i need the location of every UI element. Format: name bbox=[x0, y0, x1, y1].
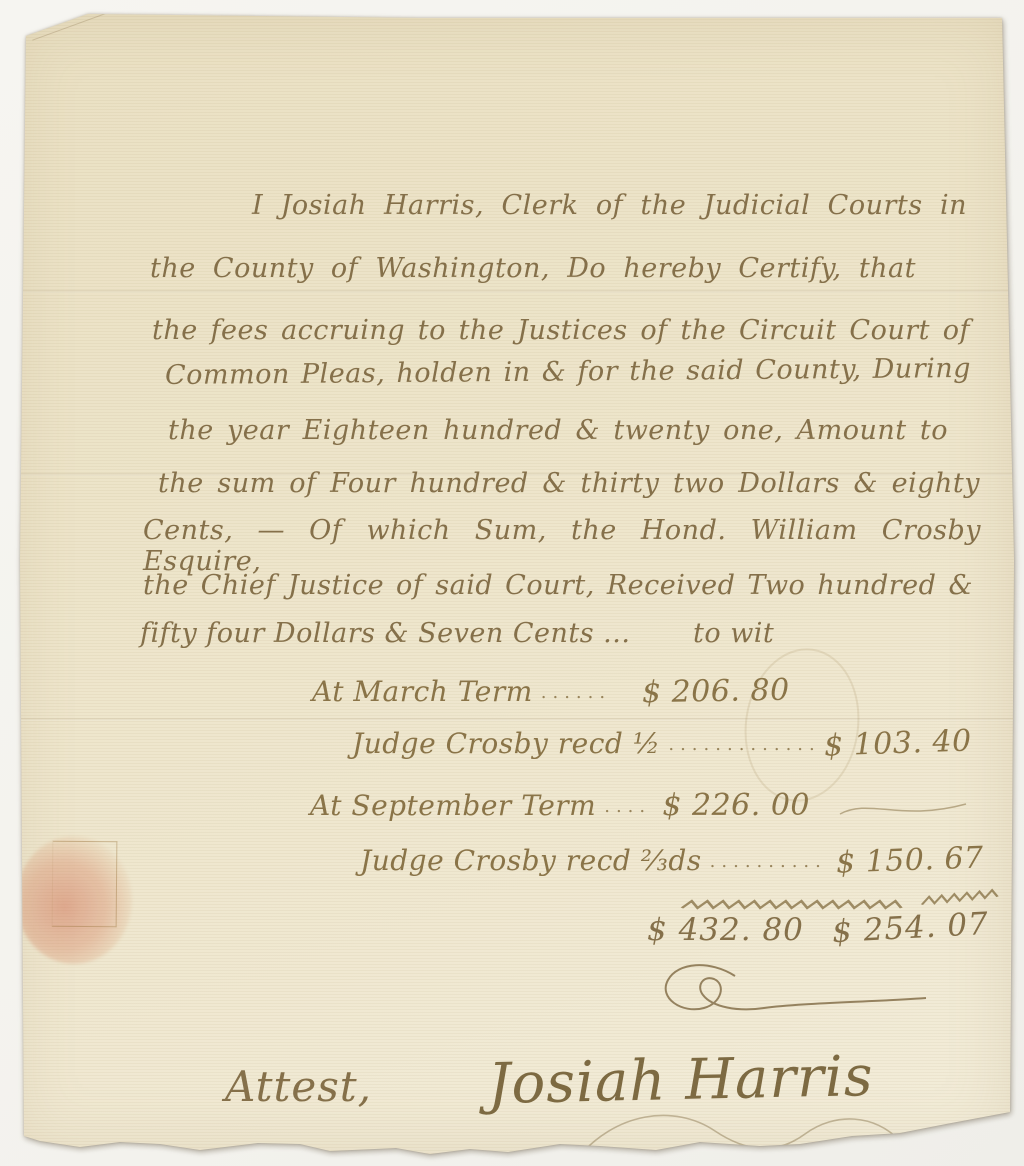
letter-line-2: the County of Washington, Do hereby Cert… bbox=[150, 253, 916, 284]
to-wit-label: to wit bbox=[693, 618, 774, 649]
dotted-leader: ............. bbox=[668, 734, 816, 755]
letter-line-3: the fees accruing to the Justices of the… bbox=[152, 315, 970, 346]
fold-crease bbox=[0, 290, 1024, 293]
schedule-label: At September Term bbox=[310, 789, 596, 822]
schedule-amount: $ 150. 67 bbox=[836, 840, 985, 880]
letter-line-8: the Chief Justice of said Court, Receive… bbox=[143, 570, 973, 601]
attest-label: Attest, bbox=[225, 1062, 372, 1111]
letter-line-1: I Josiah Harris, Clerk of the Judicial C… bbox=[252, 190, 967, 221]
total-amount-first: $ 432. 80 bbox=[647, 912, 804, 948]
letter-line-9: fifty four Dollars & Seven Cents ... bbox=[140, 618, 630, 649]
signature-flourish bbox=[545, 1096, 1005, 1166]
schedule-amount: $ 226. 00 bbox=[662, 788, 810, 823]
pen-tail-flourish bbox=[838, 796, 968, 822]
schedule-label: At March Term bbox=[312, 675, 533, 708]
dotted-leader: ...... bbox=[541, 682, 635, 703]
paper-shadow: I Josiah Harris, Clerk of the Judicial C… bbox=[0, 0, 1024, 1166]
schedule-label: Judge Crosby recd ½ bbox=[352, 727, 660, 760]
seal-impression-outline bbox=[52, 841, 118, 928]
letter-line-7: Cents, — Of which Sum, the Hond. William… bbox=[143, 515, 981, 577]
schedule-row-september: At September Term .... $ 226. 00 bbox=[310, 788, 810, 823]
paraph-flourish bbox=[640, 958, 930, 1023]
dotted-leader: .... bbox=[604, 796, 654, 817]
schedule-amount: $ 206. 80 bbox=[642, 673, 790, 711]
schedule-row-crosby-half: Judge Crosby recd ½ ............. $ 103.… bbox=[352, 726, 972, 761]
document-paper: I Josiah Harris, Clerk of the Judicial C… bbox=[0, 0, 1024, 1166]
schedule-amount: $ 103. 40 bbox=[824, 723, 973, 763]
letter-line-6: the sum of Four hundred & thirty two Dol… bbox=[158, 468, 980, 499]
schedule-label: Judge Crosby recd ⅔ds bbox=[360, 844, 702, 877]
tally-squiggle-left bbox=[678, 894, 913, 912]
letter-line-5: the year Eighteen hundred & twenty one, … bbox=[168, 415, 948, 446]
scanned-document: I Josiah Harris, Clerk of the Judicial C… bbox=[0, 0, 1024, 1166]
schedule-row-march: At March Term ...... $ 206. 80 bbox=[312, 674, 790, 709]
dotted-leader: .......... bbox=[710, 851, 829, 872]
fold-crease bbox=[0, 718, 1024, 721]
schedule-row-crosby-twothirds: Judge Crosby recd ⅔ds .......... $ 150. … bbox=[360, 843, 984, 878]
